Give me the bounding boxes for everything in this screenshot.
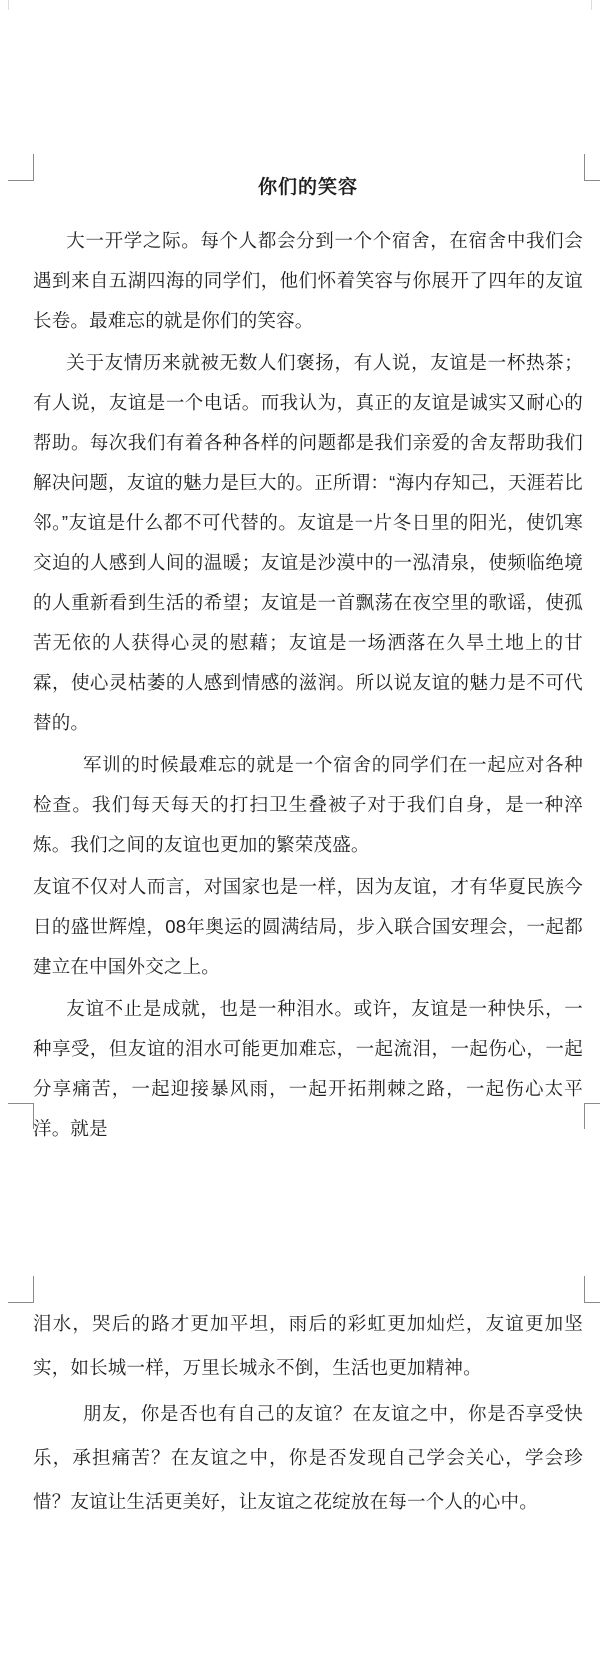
margin-mark-page1-bottom-right — [584, 1103, 600, 1129]
paragraph-closing-question[interactable]: 朋友，你是否也有自己的友谊？在友谊之中，你是否享受快乐，承担痛苦？在友谊之中，你… — [33, 1392, 583, 1524]
margin-mark-page1-bottom-left — [8, 1103, 34, 1129]
margin-mark-page1-top-left — [8, 154, 34, 181]
margin-mark-page2-top-left — [8, 1276, 34, 1303]
margin-mark-page1-top-right — [584, 154, 600, 181]
document-page-2[interactable]: 泪水，哭后的路才更加平坦，雨后的彩虹更加灿烂，友谊更加坚实，如长城一样，万里长城… — [33, 1302, 583, 1526]
paragraph-friendship-praise[interactable]: 关于友情历来就被无数人们褒扬，有人说，友谊是一杯热茶；有人说，友谊是一个电话。而… — [33, 343, 583, 743]
paragraph-military-training[interactable]: 军训的时候最难忘的就是一个宿舍的同学们在一起应对各种检查。我们每天每天的打扫卫生… — [33, 745, 583, 865]
page-edge-left — [8, 0, 9, 10]
paragraph-tears[interactable]: 友谊不止是成就，也是一种泪水。或许，友谊是一种快乐，一种享受，但友谊的泪水可能更… — [33, 989, 583, 1149]
paragraph-tears-continued[interactable]: 泪水，哭后的路才更加平坦，雨后的彩虹更加灿烂，友谊更加坚实，如长城一样，万里长城… — [33, 1302, 583, 1390]
margin-mark-page2-top-right — [584, 1276, 600, 1303]
paragraph-intro[interactable]: 大一开学之际。每个人都会分到一个个宿舍，在宿舍中我们会遇到来自五湖四海的同学们，… — [33, 221, 583, 341]
document-page-1[interactable]: 你们的笑容 大一开学之际。每个人都会分到一个个宿舍，在宿舍中我们会遇到来自五湖四… — [33, 168, 583, 1151]
paragraph-nation-friendship[interactable]: 友谊不仅对人而言，对国家也是一样，因为友谊，才有华夏民族今日的盛世辉煌，08年奥… — [33, 867, 583, 987]
document-title[interactable]: 你们的笑容 — [33, 168, 583, 208]
page-edge-right — [591, 0, 592, 10]
